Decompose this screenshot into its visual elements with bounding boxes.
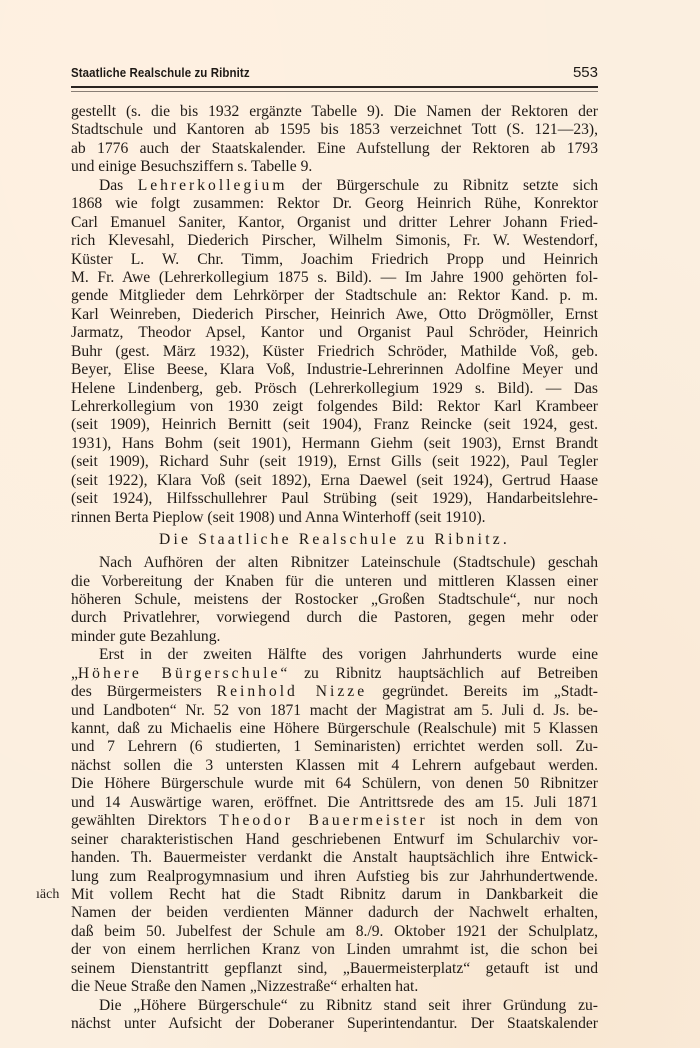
text-line: ab 1776 auch der Staatskalender. Eine Au…: [71, 140, 598, 158]
text-line: minder gute Bezahlung.: [71, 628, 598, 646]
text-line: „Höhere Bürgerschule“ zu Ribnitz hauptsä…: [71, 665, 598, 683]
margin-note: ıäch: [36, 887, 59, 903]
text-line: Das Lehrerkollegium der Bürgerschule zu …: [71, 177, 598, 195]
spaced-term: Höhere Bürgerschule: [78, 665, 281, 682]
text-line: Karl Weinreben, Diederich Pirscher, Hein…: [71, 306, 598, 324]
text-line: lung zum Realprogymnasium und ihren Aufs…: [71, 868, 598, 886]
body-text: gestellt (s. die bis 1932 ergänzte Tabel…: [71, 103, 598, 1033]
text-line: Die „Höhere Bürgerschule“ zu Ribnitz sta…: [71, 997, 598, 1015]
text-line: 1931), Hans Bohm (seit 1901), Hermann Gi…: [71, 435, 598, 453]
text-line: gestellt (s. die bis 1932 ergänzte Tabel…: [71, 103, 598, 121]
text-line: (seit 1909), Heinrich Bernitt (seit 1904…: [71, 416, 598, 434]
text-line: rinnen Berta Pieplow (seit 1908) und Ann…: [71, 509, 598, 527]
text-line: höheren Schule, meistens der Rostocker „…: [71, 591, 598, 609]
text-line: Carl Emanuel Saniter, Kantor, Organist u…: [71, 214, 598, 232]
text-line: rich Klevesahl, Diederich Pirscher, Wilh…: [71, 232, 598, 250]
text-line: Beyer, Elise Beese, Klara Voß, Industrie…: [71, 361, 598, 379]
text-line: und Landboten“ Nr. 52 von 1871 macht der…: [71, 702, 598, 720]
text-line: Helene Lindenberg, geb. Prösch (Lehrerko…: [71, 380, 598, 398]
spaced-name: Theodor Bauermeister: [219, 812, 428, 829]
text-line: (seit 1922), Klara Voß (seit 1892), Erna…: [71, 472, 598, 490]
spaced-term: Lehrerkollegium: [138, 177, 288, 194]
text-line: gewählten Direktors Theodor Bauermeister…: [71, 812, 598, 830]
text-line: Buhr (gest. März 1932), Küster Friedrich…: [71, 343, 598, 361]
text-line: Nach Aufhören der alten Ribnitzer Latein…: [71, 554, 598, 572]
text-line: Stadtschule und Kantoren ab 1595 bis 185…: [71, 121, 598, 139]
text-line: daß beim 50. Jubelfest der Schule am 8./…: [71, 923, 598, 941]
text-line: durch Privatlehrer, vorwiegend durch die…: [71, 609, 598, 627]
text-line: kannt, daß zu Michaelis eine Höhere Bürg…: [71, 720, 598, 738]
section-heading: Die Staatliche Realschule zu Ribnitz.: [71, 527, 598, 554]
header-rule-thin: [71, 91, 598, 92]
text-line: des Bürgermeisters Reinhold Nizze gegrün…: [71, 683, 598, 701]
text-line: M. Fr. Awe (Lehrerkollegium 1875 s. Bild…: [71, 269, 598, 287]
page-number: 553: [573, 64, 598, 81]
text-line: nächst sollen die 3 untersten Klassen mi…: [71, 757, 598, 775]
text-line: seinem Dienstantritt gepflanzt sind, „Ba…: [71, 960, 598, 978]
text-line: handen. Th. Bauermeister verdankt die An…: [71, 849, 598, 867]
text-line: Jarmatz, Theodor Apsel, Kantor und Organ…: [71, 324, 598, 342]
text-line: Lehrerkollegium von 1930 zeigt folgendes…: [71, 398, 598, 416]
text-line: Erst in der zweiten Hälfte des vorigen J…: [71, 646, 598, 664]
header-rule-thick: [71, 86, 598, 88]
text-line: und 7 Lehrern (6 studierten, 1 Seminaris…: [71, 738, 598, 756]
running-head: Staatliche Realschule zu Ribnitz 553: [71, 64, 598, 84]
running-head-title: Staatliche Realschule zu Ribnitz: [71, 66, 250, 80]
text-line: die Neue Straße den Namen „Nizzestraße“ …: [71, 978, 598, 996]
text-line: (seit 1909), Richard Suhr (seit 1919), E…: [71, 453, 598, 471]
text-line: Die Höhere Bürgerschule wurde mit 64 Sch…: [71, 775, 598, 793]
text-line: Küster L. W. Chr. Timm, Joachim Friedric…: [71, 251, 598, 269]
text-line: (seit 1924), Hilfsschullehrer Paul Strüb…: [71, 490, 598, 508]
text-line: nächst unter Aufsicht der Doberaner Supe…: [71, 1015, 598, 1033]
text-line: und 14 Auswärtige waren, eröffnet. Die A…: [71, 794, 598, 812]
text-line: gende Mitglieder dem Lehrkörper der Stad…: [71, 287, 598, 305]
text-line: seiner charakteristischen Hand geschrieb…: [71, 831, 598, 849]
book-page: Staatliche Realschule zu Ribnitz 553 ıäc…: [0, 0, 700, 1048]
spaced-name: Reinhold Nizze: [217, 683, 367, 700]
text-line: 1868 wie folgt zusammen: Rektor Dr. Geor…: [71, 195, 598, 213]
text-line: und einige Besuchsziffern s. Tabelle 9.: [71, 158, 598, 176]
text-line: Mit vollem Recht hat die Stadt Ribnitz d…: [71, 886, 598, 904]
text-line: der von einem herrlichen Kranz von Linde…: [71, 941, 598, 959]
text-line: Namen der beiden verdienten Männer dadur…: [71, 904, 598, 922]
text-line: die Vorbereitung der Knaben für die unte…: [71, 573, 598, 591]
